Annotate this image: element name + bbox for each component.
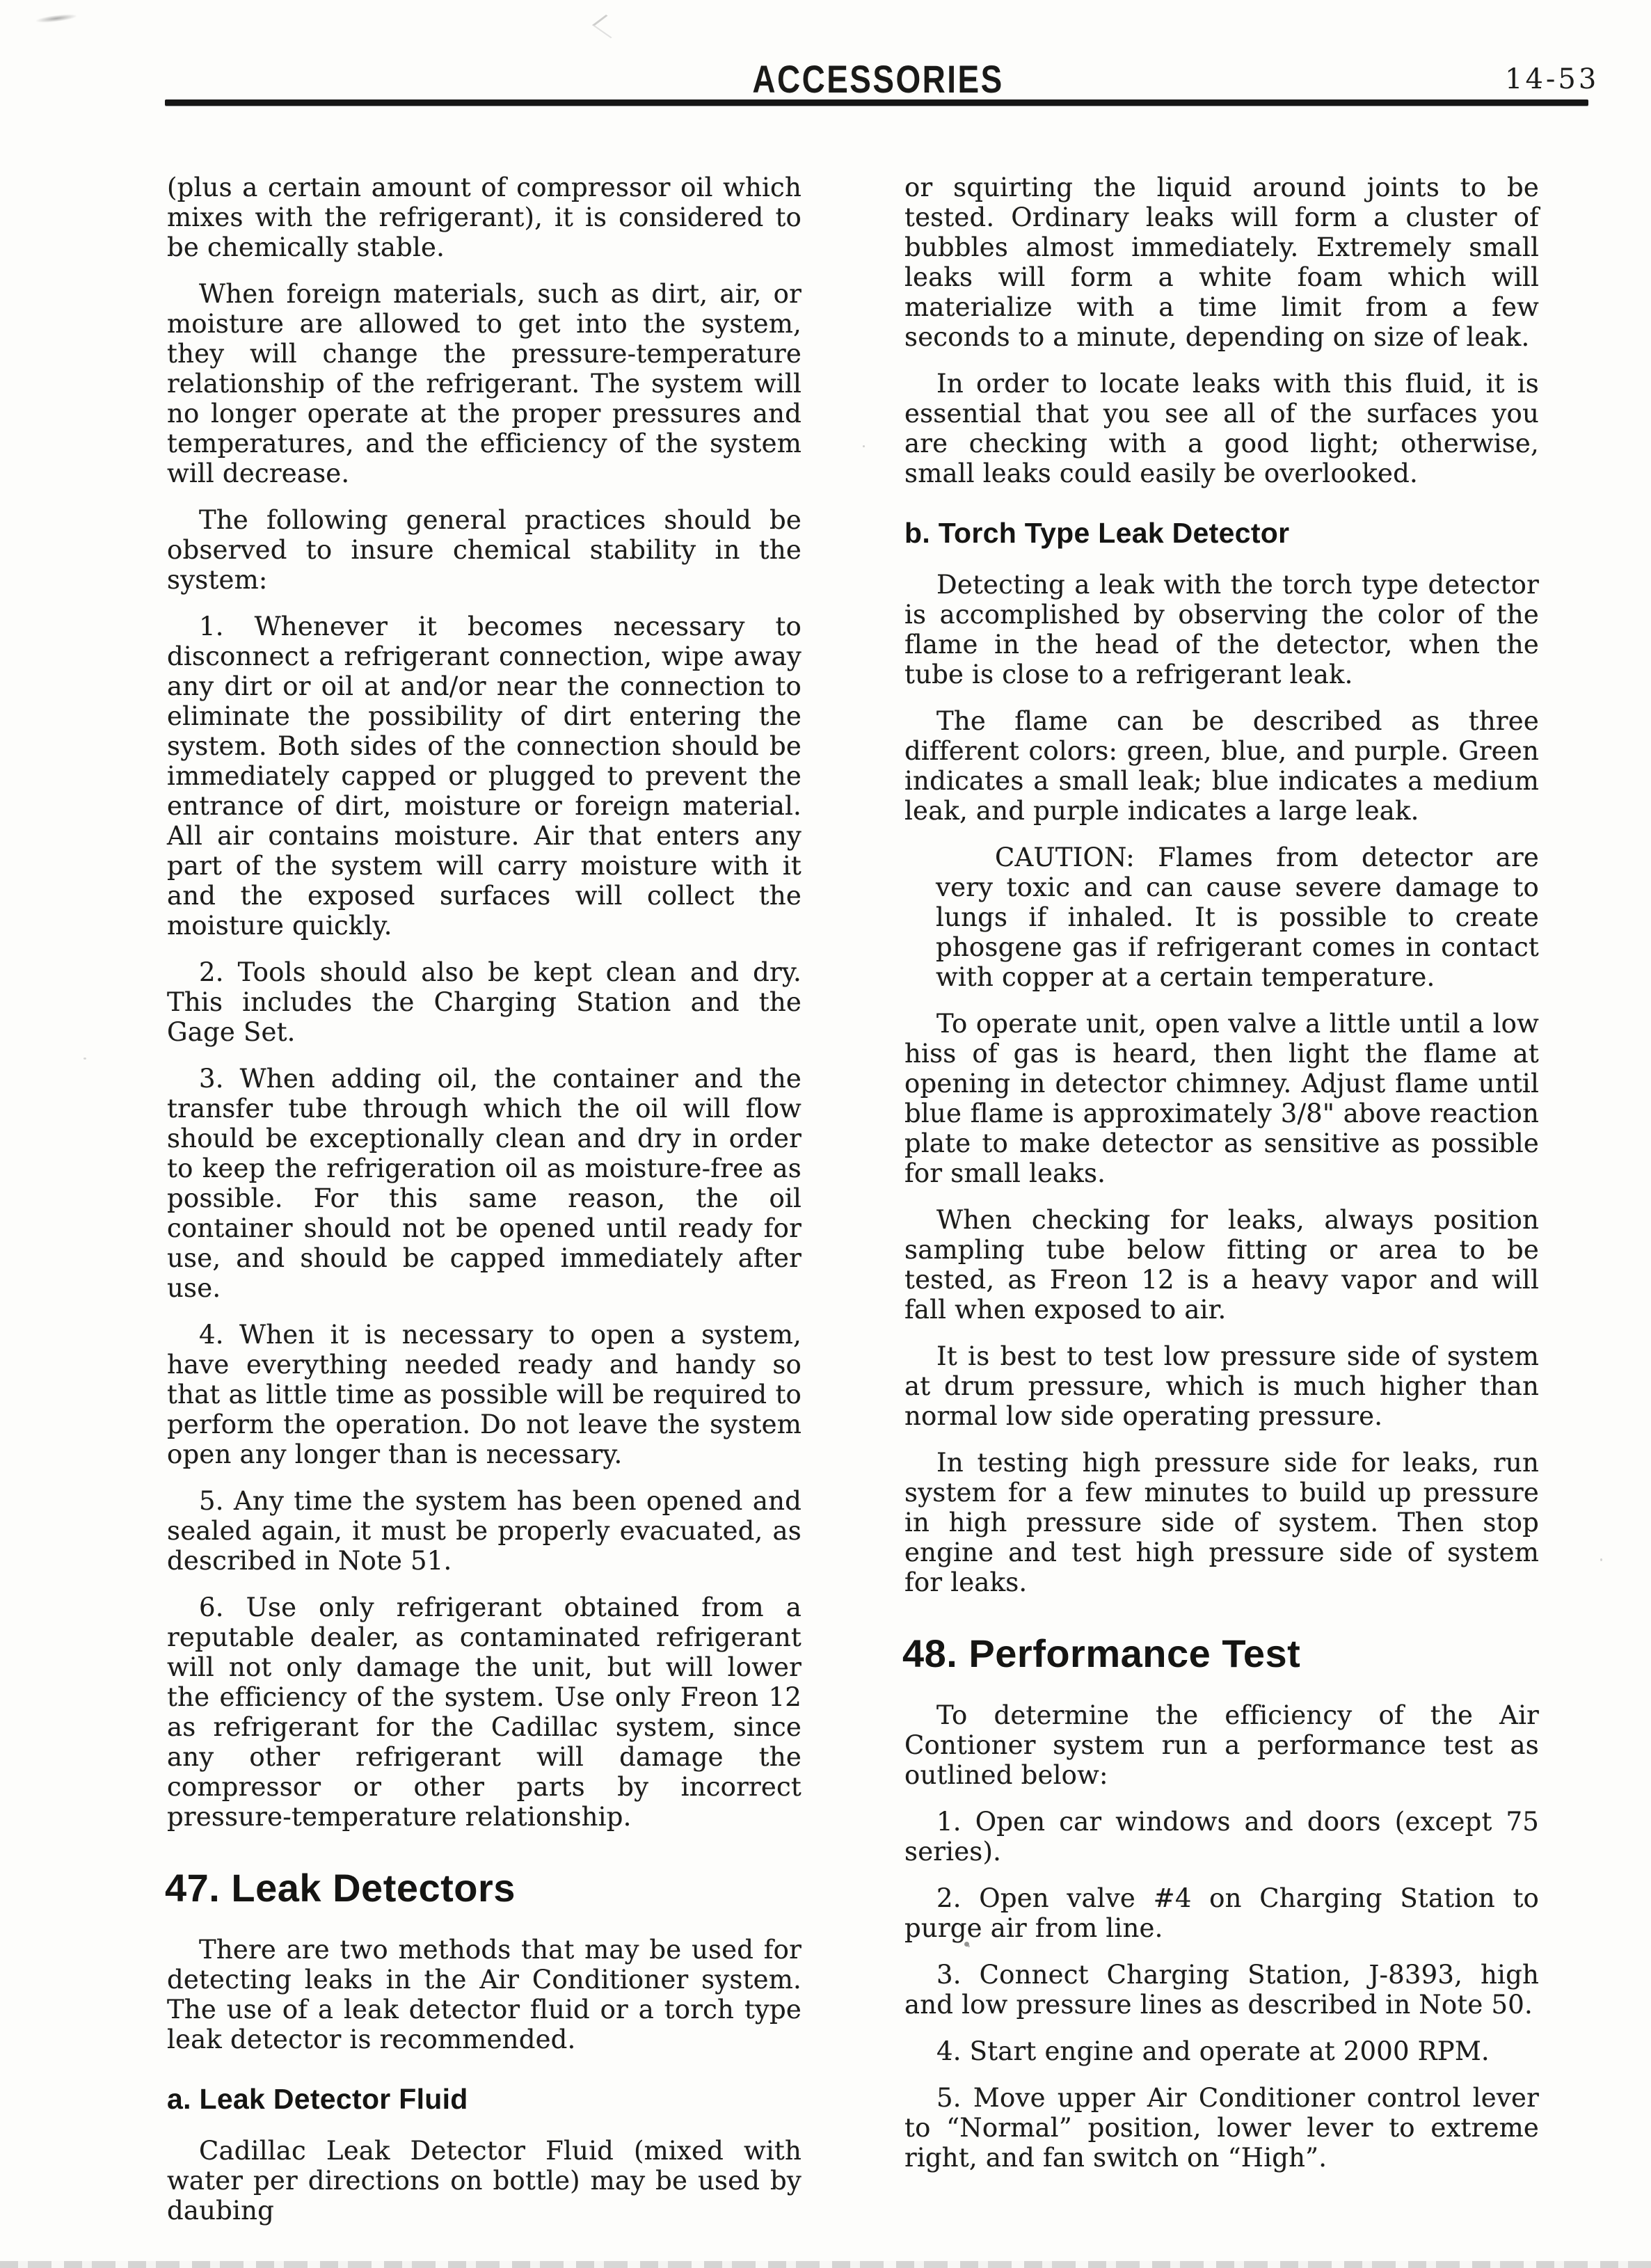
left-column: (plus a certain amount of compressor oil… [167,173,801,2242]
numbered-step: 4. Start engine and operate at 2000 RPM. [904,2036,1539,2066]
numbered-step: 5. Any time the system has been opened a… [167,1486,801,1576]
numbered-step: 1. Whenever it becomes necessary to disc… [167,612,801,941]
right-column: or squirting the liquid around joints to… [904,173,1539,2189]
paragraph: Cadillac Leak Detector Fluid (mixed with… [167,2136,801,2226]
numbered-step: 1. Open car windows and doors (except 75… [904,1807,1539,1867]
dust-speck [1600,1558,1602,1561]
paragraph: When checking for leaks, always position… [904,1205,1539,1325]
numbered-step: 4. When it is necessary to open a system… [167,1320,801,1469]
paragraph: There are two methods that may be used f… [167,1935,801,2054]
numbered-step: 3. When adding oil, the container and th… [167,1064,801,1303]
paragraph: The flame can be described as three diff… [904,706,1539,826]
paragraph: When foreign materials, such as dirt, ai… [167,279,801,488]
scan-edge-artifact [0,2261,1651,2268]
scan-tick-artifact [592,15,625,38]
numbered-step: 6. Use only refrigerant obtained from a … [167,1592,801,1832]
paragraph: In testing high pressure side for leaks,… [904,1448,1539,1597]
page-title: ACCESSORIES [752,60,1003,99]
paragraph: In order to locate leaks with this fluid… [904,369,1539,488]
subsection-heading-b: b. Torch Type Leak Detector [904,518,1539,549]
paragraph: or squirting the liquid around joints to… [904,173,1539,352]
paragraph: The following general practices should b… [167,505,801,595]
paragraph: To determine the efficiency of the Air C… [904,1700,1539,1790]
numbered-step: 2. Open valve #4 on Charging Station to … [904,1883,1539,1943]
dust-speck [83,1057,86,1060]
section-heading-48: 48. Performance Test [902,1632,1539,1675]
paragraph: Detecting a leak with the torch type det… [904,570,1539,689]
header-rule [165,99,1588,106]
paragraph: (plus a certain amount of compressor oil… [167,173,801,262]
caution-note: CAUTION: Flames from detector are very t… [936,842,1539,992]
page-number: 14-53 [1505,65,1599,93]
numbered-step: 2. Tools should also be kept clean and d… [167,957,801,1047]
paragraph: It is best to test low pressure side of … [904,1341,1539,1431]
section-heading-47: 47. Leak Detectors [165,1867,801,1910]
manual-page: ACCESSORIES 14-53 (plus a certain amount… [0,0,1651,2268]
numbered-step: 5. Move upper Air Conditioner control le… [904,2083,1539,2173]
numbered-step: 3. Connect Charging Station, J-8393, hig… [904,1960,1539,2020]
scan-smudge-artifact [36,13,77,24]
dust-speck [863,445,865,447]
paragraph: To operate unit, open valve a little unt… [904,1009,1539,1188]
subsection-heading-a: a. Leak Detector Fluid [167,2084,801,2115]
